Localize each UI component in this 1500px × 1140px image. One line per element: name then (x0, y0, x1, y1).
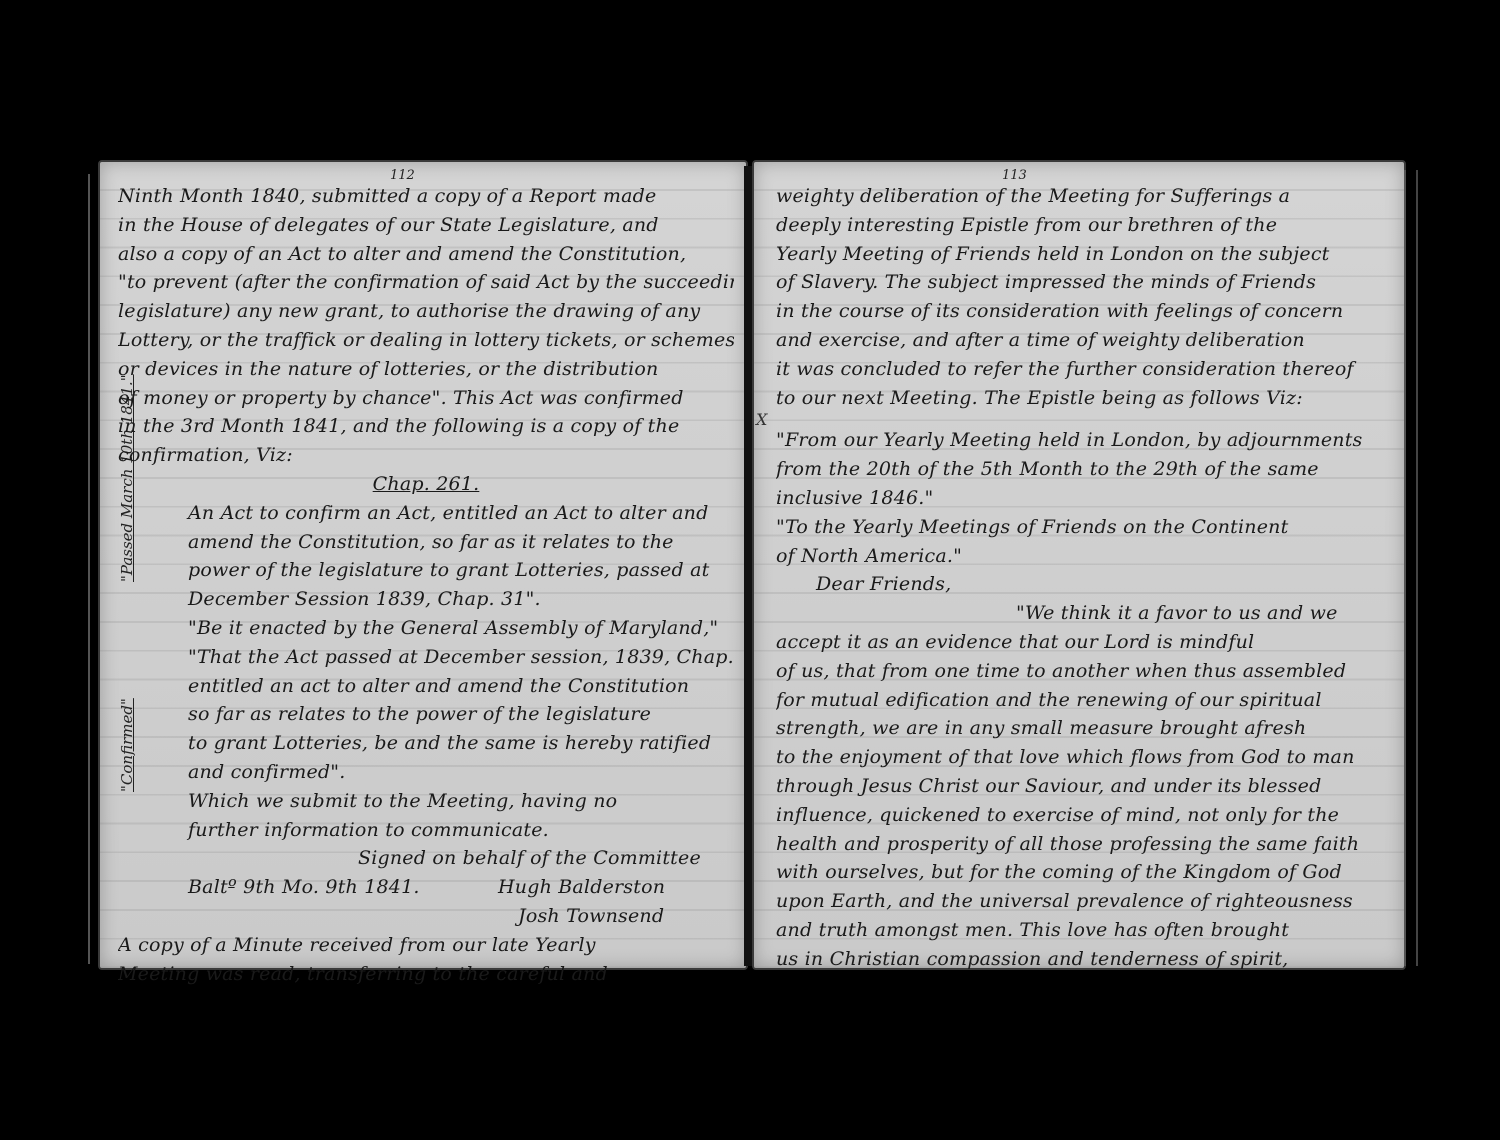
body-line: us in Christian compassion and tendernes… (776, 945, 1392, 974)
text-line: confirmation, Viz: (118, 441, 734, 470)
act-line: and confirmed". (118, 758, 734, 787)
epistle-header-line: inclusive 1846." (776, 484, 1392, 513)
text-line: weighty deliberation of the Meeting for … (776, 182, 1392, 211)
signed-line: Signed on behalf of the Committee (118, 844, 734, 873)
right-page-text: weighty deliberation of the Meeting for … (776, 182, 1392, 974)
act-line: "Be it enacted by the General Assembly o… (118, 614, 734, 643)
text-line: legislature) any new grant, to authorise… (118, 297, 734, 326)
date-signature-row: Baltº 9th Mo. 9th 1841. Hugh Balderston (118, 873, 734, 902)
epistle-header-line: "To the Yearly Meetings of Friends on th… (776, 513, 1392, 542)
signatory-2: Josh Townsend (118, 902, 734, 931)
text-line: in the course of its consideration with … (776, 297, 1392, 326)
margin-x-mark: X (756, 410, 767, 429)
body-line: and truth amongst men. This love has oft… (776, 916, 1392, 945)
act-line: amend the Constitution, so far as it rel… (118, 528, 734, 557)
body-line: through Jesus Christ our Saviour, and un… (776, 772, 1392, 801)
text-line: Yearly Meeting of Friends held in London… (776, 240, 1392, 269)
text-line: to our next Meeting. The Epistle being a… (776, 384, 1392, 413)
body-line: of us, that from one time to another whe… (776, 657, 1392, 686)
text-line: of Slavery. The subject impressed the mi… (776, 268, 1392, 297)
body-line: to the enjoyment of that love which flow… (776, 743, 1392, 772)
body-line: strength, we are in any small measure br… (776, 714, 1392, 743)
page-number-right: 113 (1002, 168, 1027, 183)
text-line: Meeting was read, transferring to the ca… (118, 960, 734, 989)
act-line: to grant Lotteries, be and the same is h… (118, 729, 734, 758)
act-line: so far as relates to the power of the le… (118, 700, 734, 729)
page-number-left: 112 (390, 168, 415, 183)
salutation: Dear Friends, (776, 570, 1392, 599)
act-line: An Act to confirm an Act, entitled an Ac… (118, 499, 734, 528)
text-line: A copy of a Minute received from our lat… (118, 931, 734, 960)
text-line: or devices in the nature of lotteries, o… (118, 355, 734, 384)
body-line: with ourselves, but for the coming of th… (776, 858, 1392, 887)
body-line: "We think it a favor to us and we (776, 599, 1392, 628)
body-line: health and prosperity of all those profe… (776, 830, 1392, 859)
act-line: "That the Act passed at December session… (118, 643, 734, 672)
open-ledger-book: 112 "Passed March 10th 1841." "Confirmed… (88, 160, 1428, 970)
date-line: Baltº 9th Mo. 9th 1841. (188, 873, 420, 902)
text-line: and exercise, and after a time of weight… (776, 326, 1392, 355)
left-page-text: Ninth Month 1840, submitted a copy of a … (118, 182, 734, 988)
left-page: 112 "Passed March 10th 1841." "Confirmed… (98, 160, 748, 970)
act-line: December Session 1839, Chap. 31". (118, 585, 734, 614)
act-line: entitled an act to alter and amend the C… (118, 672, 734, 701)
text-line: in the House of delegates of our State L… (118, 211, 734, 240)
book-gutter (744, 166, 752, 966)
epistle-header-line: from the 20th of the 5th Month to the 29… (776, 455, 1392, 484)
text-line: of money or property by chance". This Ac… (118, 384, 734, 413)
text-line: in the 3rd Month 1841, and the following… (118, 412, 734, 441)
body-line: for mutual edification and the renewing … (776, 686, 1392, 715)
act-line: power of the legislature to grant Lotter… (118, 556, 734, 585)
epistle-header-line: "From our Yearly Meeting held in London,… (776, 426, 1392, 455)
text-line: Lottery, or the traffick or dealing in l… (118, 326, 734, 355)
right-book-edge (1404, 170, 1418, 966)
epistle-header-line: of North America." (776, 542, 1392, 571)
closing-line: further information to communicate. (118, 816, 734, 845)
right-page: 113 X weighty deliberation of the Meetin… (752, 160, 1406, 970)
chapter-heading: Chap. 261. (118, 470, 734, 499)
body-line: accept it as an evidence that our Lord i… (776, 628, 1392, 657)
text-line: also a copy of an Act to alter and amend… (118, 240, 734, 269)
body-line: influence, quickened to exercise of mind… (776, 801, 1392, 830)
closing-line: Which we submit to the Meeting, having n… (118, 787, 734, 816)
text-line: "to prevent (after the confirmation of s… (118, 268, 734, 297)
text-line: Ninth Month 1840, submitted a copy of a … (118, 182, 734, 211)
text-line: deeply interesting Epistle from our bret… (776, 211, 1392, 240)
text-line: it was concluded to refer the further co… (776, 355, 1392, 384)
body-line: upon Earth, and the universal prevalence… (776, 887, 1392, 916)
signatory-1: Hugh Balderston (498, 873, 665, 902)
spacer (776, 412, 1392, 426)
